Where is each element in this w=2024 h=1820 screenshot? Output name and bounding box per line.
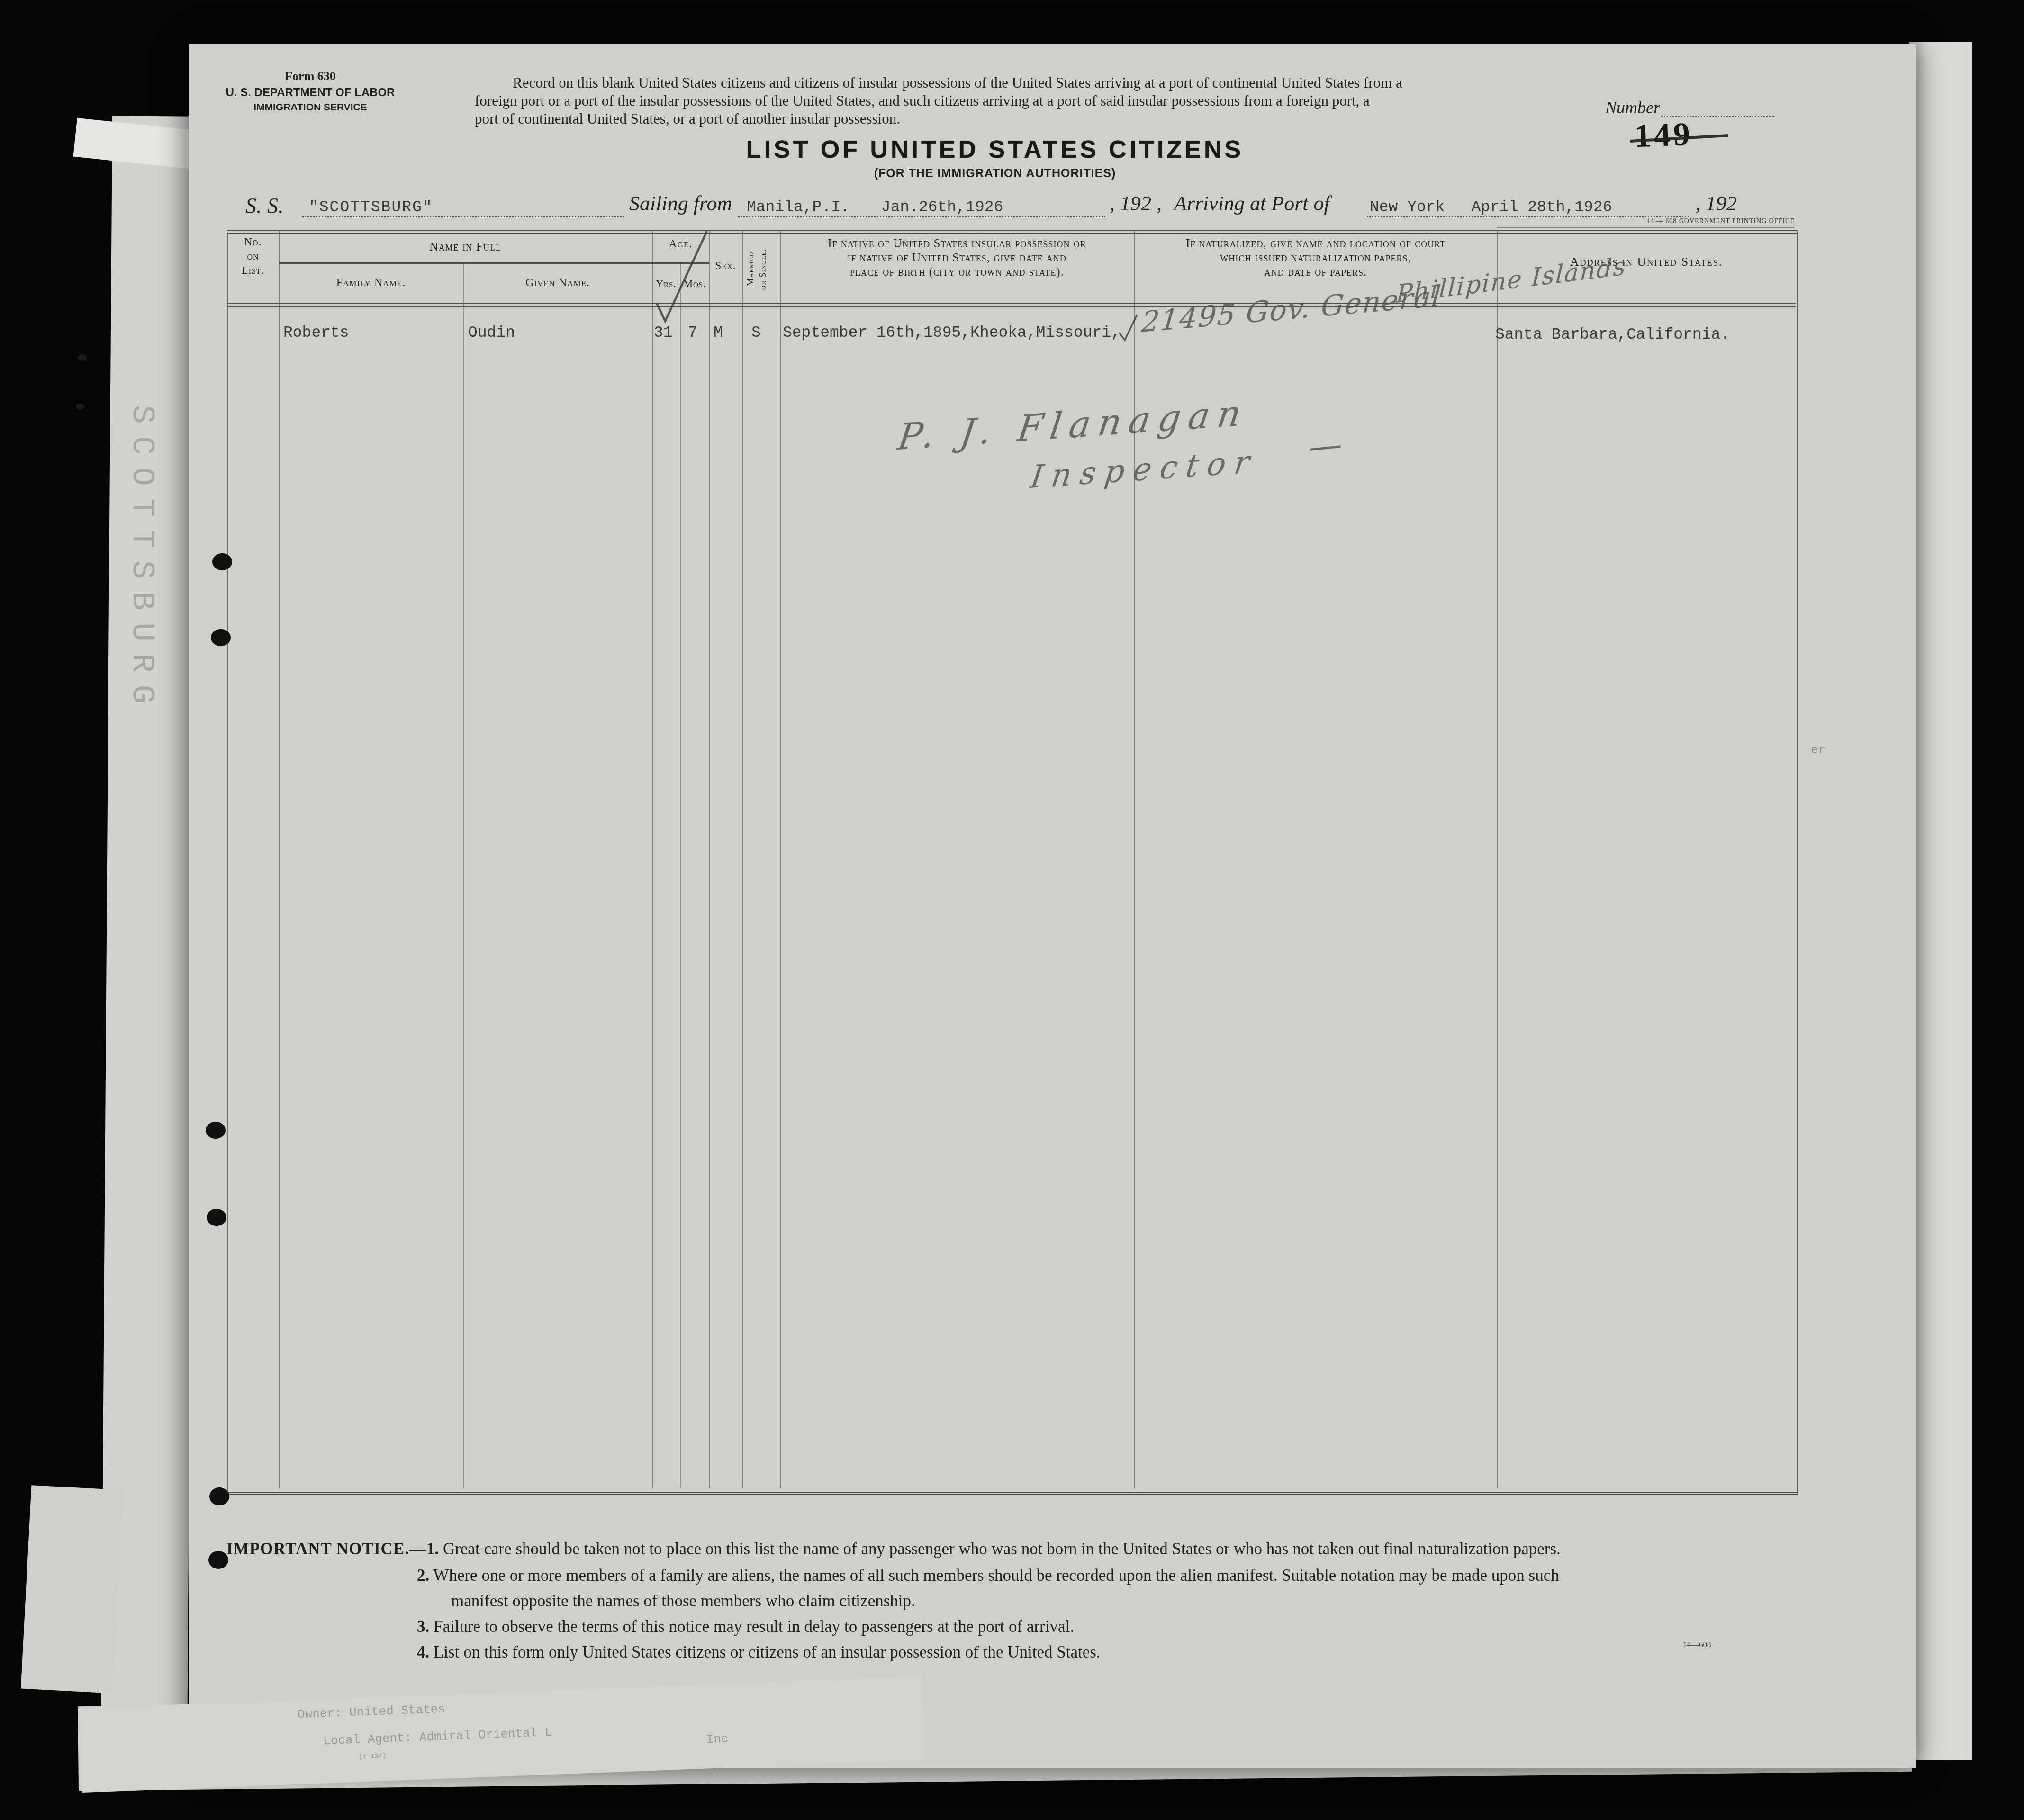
header-given-name: Given Name.	[463, 277, 652, 289]
number-label: Number	[1605, 98, 1660, 117]
header-yrs: Yrs.	[652, 278, 680, 290]
punch-hole	[211, 629, 231, 646]
form-instructions: Record on this blank United States citiz…	[475, 74, 1560, 128]
page-subtitle: (FOR THE IMMIGRATION AUTHORITIES)	[583, 167, 1407, 180]
punch-hole	[208, 1551, 228, 1569]
header-married-or-single: Married or Single.	[745, 236, 778, 302]
number-fill-line	[1661, 101, 1774, 117]
ship-name-value: "SCOTTSBURG"	[302, 198, 433, 216]
notice-item-text: Great care should be taken not to place …	[443, 1540, 1561, 1558]
instructions-line: port of continental United States, or a …	[475, 110, 1560, 128]
header-mos: Mos.	[680, 278, 709, 290]
under-page-right-edge	[1909, 42, 1972, 1760]
notice-item-text: Where one or more members of a family ar…	[433, 1566, 1559, 1585]
subcolumn-rule	[463, 263, 464, 1488]
punch-hole	[207, 1209, 226, 1226]
header-line: List.	[228, 263, 278, 278]
list-number-stamp: 149	[1634, 116, 1694, 155]
entry-sex: M	[714, 324, 723, 342]
header-bottom-rule	[227, 303, 1796, 307]
notice-item-num: 4.	[417, 1643, 429, 1661]
scanned-manifest-photo: { "document": { "form_code": "Form 630",…	[0, 0, 2024, 1820]
sailing-from-label: Sailing from	[629, 191, 732, 216]
subcolumn-rule	[680, 263, 681, 1488]
header-line: if native of United States, give date an…	[780, 251, 1134, 265]
header-line: place of birth (city or town and state).	[780, 265, 1134, 279]
header-line: on	[228, 249, 278, 263]
header-no-on-list: No. on List.	[228, 235, 278, 278]
page-title: LIST OF UNITED STATES CITIZENS	[583, 135, 1407, 164]
bleedthrough-form-code: (1—124)	[358, 1752, 386, 1761]
entry-age-years: 31	[654, 324, 673, 342]
header-line: If native of United States insular posse…	[780, 237, 1134, 251]
notice-line-3: 3. Failure to observe the terms of this …	[417, 1617, 1074, 1636]
entry-birth: September 16th,1895,Kheoka,Missouri,	[783, 324, 1120, 342]
header-sex: Sex.	[709, 260, 742, 272]
bleedthrough-inc: Inc	[706, 1732, 729, 1747]
notice-line-2-cont: manifest opposite the names of those mem…	[451, 1592, 915, 1611]
entry-given-name: Oudin	[468, 324, 515, 342]
sailing-date-value: Jan.26th,1926	[850, 198, 1003, 216]
vertical-ship-name-bleedthrough: SCOTTSBURG	[124, 405, 160, 997]
agency-service: IMMIGRATION SERVICE	[216, 102, 405, 113]
notice-item-num: 2.	[417, 1566, 429, 1585]
punch-hole	[212, 553, 232, 570]
bleedthrough-agent-line: Local Agent: Admiral Oriental L	[323, 1725, 552, 1748]
notice-item-text: Failure to observe the terms of this not…	[434, 1617, 1074, 1636]
notice-line-1: IMPORTANT NOTICE.—1. Great care should b…	[226, 1540, 1561, 1559]
printers-mark-top: 14 — 608 GOVERNMENT PRINTING OFFICE	[1497, 218, 1795, 228]
ss-label: S. S.	[245, 193, 284, 218]
column-rule	[652, 230, 653, 1488]
stray-text-fragment: er	[1811, 743, 1825, 757]
ship-name-blank: "SCOTTSBURG"	[302, 195, 624, 217]
printers-mark-bottom: 14—608	[1683, 1640, 1711, 1649]
arrival-port-blank: New York April 28th,1926	[1367, 195, 1689, 217]
agency-name: U. S. DEPARTMENT OF LABOR	[216, 86, 405, 99]
instructions-line: Record on this blank United States citiz…	[475, 74, 1560, 92]
column-rule	[709, 230, 710, 1488]
header-line: which issued naturalization papers,	[1134, 251, 1497, 265]
entry-address: Santa Barbara,California.	[1495, 326, 1730, 343]
arriving-label: Arriving at Port of	[1174, 191, 1330, 216]
header-age: Age.	[652, 238, 709, 251]
bleedthrough-owner-line: Owner: United States	[298, 1702, 446, 1722]
arrival-port-value: New York	[1367, 198, 1445, 216]
column-rule	[742, 230, 743, 1488]
notice-item-num: 1.	[426, 1540, 439, 1558]
notice-item-text: List on this form only United States cit…	[434, 1643, 1101, 1661]
signature-flourish: —	[1306, 423, 1344, 467]
year-blank-2: , 192	[1695, 191, 1737, 216]
column-rule	[279, 230, 280, 1488]
header-name-in-full: Name in Full	[279, 240, 652, 254]
entry-family-name: Roberts	[283, 324, 349, 342]
arrival-date-value: April 28th,1926	[1445, 198, 1612, 216]
entry-age-months: 7	[688, 324, 697, 342]
header-family-name: Family Name.	[279, 277, 463, 289]
header-birth: If native of United States insular posse…	[780, 237, 1134, 279]
header-line: If naturalized, give name and location o…	[1134, 237, 1497, 251]
header-line: or Single.	[757, 236, 769, 302]
header-naturalization: If naturalized, give name and location o…	[1134, 237, 1497, 279]
notice-heading: IMPORTANT NOTICE.—	[226, 1540, 426, 1558]
form-id-block: Form 630 U. S. DEPARTMENT OF LABOR IMMIG…	[216, 69, 405, 113]
name-age-underline	[279, 262, 709, 264]
header-line: No.	[228, 235, 278, 249]
instructions-line: foreign port or a port of the insular po…	[475, 92, 1560, 110]
under-page-bottom-left	[21, 1485, 124, 1694]
punch-hole	[209, 1487, 229, 1505]
notice-line-2: 2. Where one or more members of a family…	[417, 1566, 1559, 1585]
notice-item-text: manifest opposite the names of those mem…	[451, 1592, 915, 1610]
column-rule	[780, 230, 781, 1488]
sailing-port-value: Manila,P.I.	[738, 198, 850, 216]
left-edge-mark	[78, 354, 87, 361]
year-blank-1: , 192 ,	[1110, 191, 1162, 216]
form-code: Form 630	[216, 69, 405, 83]
notice-item-num: 3.	[417, 1617, 429, 1636]
header-line: Married	[745, 236, 757, 302]
sailing-port-blank: Manila,P.I. Jan.26th,1926	[738, 195, 1105, 217]
column-rule	[1497, 230, 1498, 1488]
left-edge-mark	[76, 404, 84, 410]
notice-line-4: 4. List on this form only United States …	[417, 1643, 1101, 1662]
entry-married-single: S	[751, 324, 761, 342]
punch-hole	[206, 1122, 226, 1139]
